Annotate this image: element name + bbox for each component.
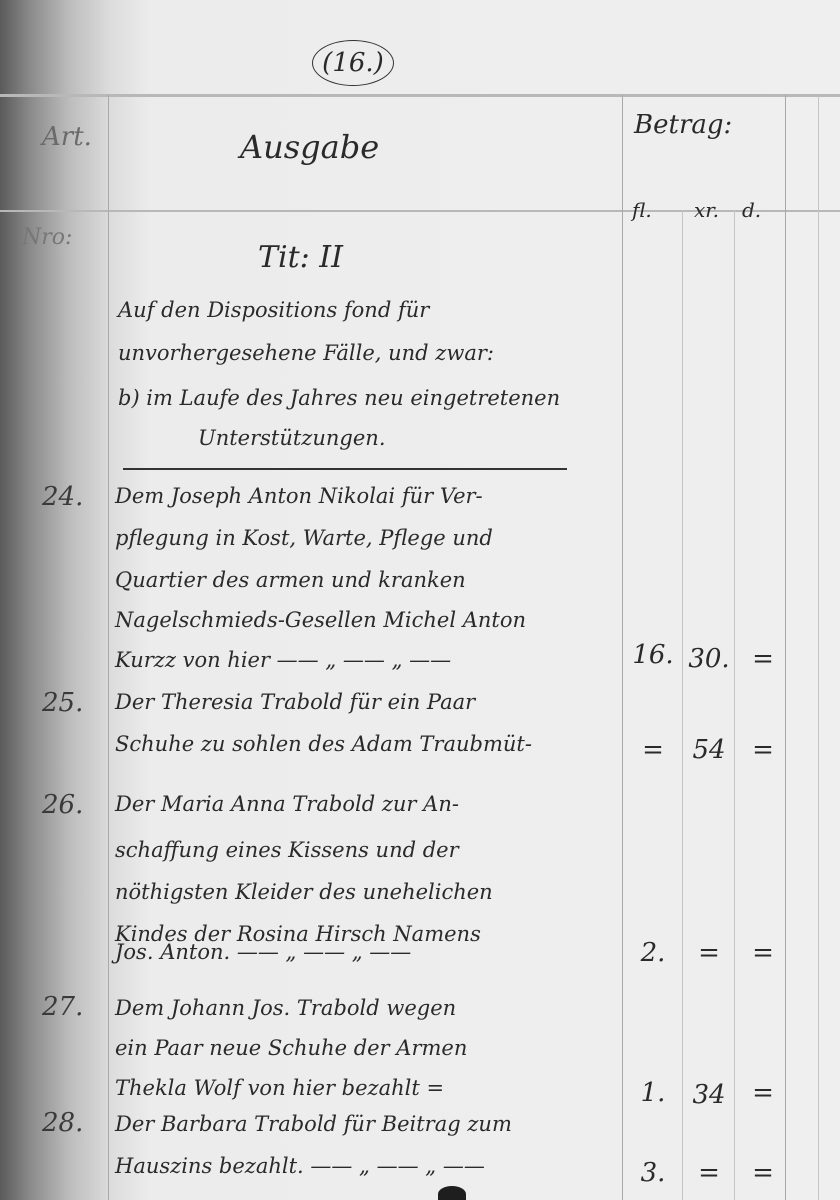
entry-text-line: Dem Joseph Anton Nikolai für Ver-: [115, 484, 615, 508]
section-intro-line: Unterstützungen.: [198, 428, 698, 449]
amount-fl: =: [628, 735, 678, 765]
amount-xr: 30.: [684, 644, 734, 674]
amount-xr: 54: [684, 735, 734, 765]
art-column-header: Art.: [42, 122, 92, 152]
entry-text-line: Quartier des armen und kranken: [115, 568, 615, 592]
entry-text-line: Nagelschmieds-Gesellen Michel Anton: [115, 608, 615, 632]
entry-number: 26.: [42, 790, 83, 820]
entry-text-line: Der Barbara Trabold für Beitrag zum: [115, 1112, 615, 1136]
entry-text-line: Der Maria Anna Trabold zur An-: [115, 792, 615, 816]
ink-blot: [438, 1186, 466, 1200]
outer-margin-line: [818, 95, 819, 1200]
entry-text-line: Jos. Anton. —— „ —— „ ——: [115, 940, 615, 964]
betrag-column-header: Betrag:: [634, 110, 732, 140]
entry-number: 24.: [42, 482, 83, 512]
page-number: (16.): [312, 40, 394, 86]
xr-d-divider: [734, 210, 735, 1200]
entry-text-line: pflegung in Kost, Warte, Pflege und: [115, 526, 615, 550]
fl-xr-divider: [682, 210, 683, 1200]
entry-text-line: Thekla Wolf von hier bezahlt =: [115, 1076, 615, 1100]
entry-text-line: nöthigsten Kleider des unehelichen: [115, 880, 615, 904]
amount-d: =: [738, 1078, 788, 1108]
entry-text-line: schaffung eines Kissens und der: [115, 838, 615, 862]
section-intro-line: Auf den Dispositions fond für: [118, 300, 618, 321]
entry-text-line: Dem Johann Jos. Trabold wegen: [115, 996, 615, 1020]
entry-number: 27.: [42, 992, 83, 1022]
section-title: Tit: II: [258, 240, 343, 275]
header-top-rule: [0, 94, 840, 97]
amount-d: =: [738, 644, 788, 674]
amount-d: =: [738, 1158, 788, 1188]
amount-fl: 16.: [628, 640, 678, 670]
amount-xr: 34: [684, 1080, 734, 1110]
entry-number: 25.: [42, 688, 83, 718]
entry-text-line: Kurzz von hier —— „ —— „ ——: [115, 648, 615, 672]
amount-xr: =: [684, 938, 734, 968]
amount-d: =: [738, 735, 788, 765]
entry-text-line: Schuhe zu sohlen des Adam Traubmüt-: [115, 732, 615, 756]
nro-column-header: Nro:: [22, 225, 72, 250]
amount-column-divider: [622, 95, 623, 1200]
entry-text-line: Der Theresia Trabold für ein Paar: [115, 690, 615, 714]
ausgabe-column-header: Ausgabe: [240, 128, 379, 166]
ledger-page: (16.) Art. Ausgabe Betrag: fl. xr. d. Nr…: [0, 0, 840, 1200]
entry-number: 28.: [42, 1108, 83, 1138]
entry-text-line: Hauszins bezahlt. —— „ —— „ ——: [115, 1154, 615, 1178]
art-column-divider: [108, 95, 109, 1200]
section-intro-line: unvorhergesehene Fälle, und zwar:: [118, 343, 618, 364]
unit-xr-header: xr.: [694, 198, 719, 222]
section-underline: [123, 468, 567, 470]
amount-xr: =: [684, 1158, 734, 1188]
unit-fl-header: fl.: [632, 198, 652, 222]
unit-d-header: d.: [742, 198, 761, 222]
amount-fl: 2.: [628, 938, 678, 968]
entry-text-line: ein Paar neue Schuhe der Armen: [115, 1036, 615, 1060]
amount-fl: 1.: [628, 1078, 678, 1108]
section-intro-line: b) im Laufe des Jahres neu eingetretenen: [118, 388, 618, 409]
amount-fl: 3.: [628, 1158, 678, 1188]
amount-d: =: [738, 938, 788, 968]
